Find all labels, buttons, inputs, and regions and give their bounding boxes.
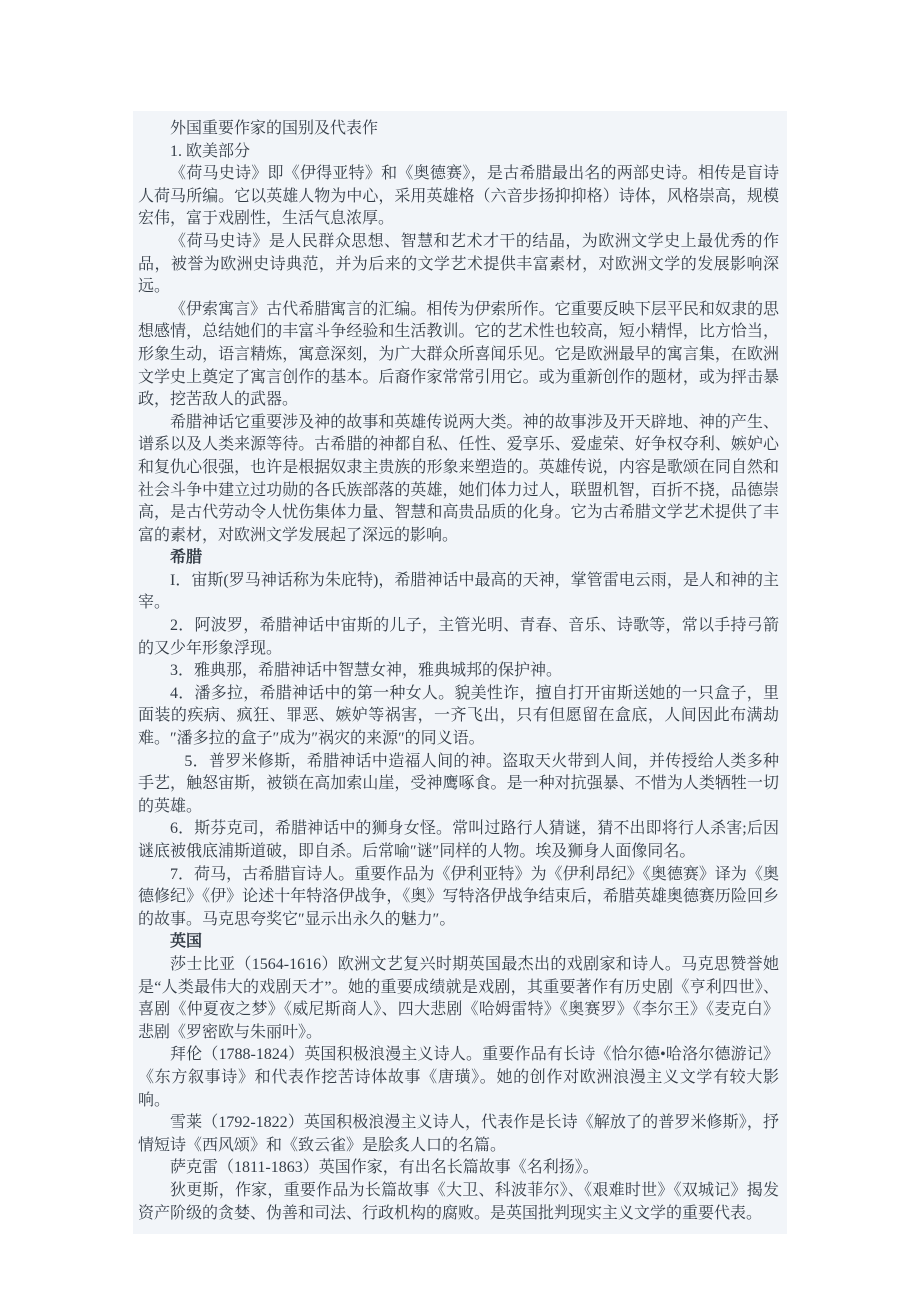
paragraph: 雪莱（1792-1822）英国积极浪漫主义诗人，代表作是长诗《解放了的普罗米修斯…	[138, 1112, 779, 1157]
paragraph: 莎士比亚（1564-1616）欧洲文艺复兴时期英国最杰出的戏剧家和诗人。马克思赞…	[138, 954, 779, 1044]
paragraph: 希腊神话它重要涉及神的故事和英雄传说两大类。神的故事涉及开天辟地、神的产生、谱系…	[138, 412, 779, 548]
document-title: 外国重要作家的国别及代表作	[138, 118, 779, 141]
section-heading-england: 英国	[138, 931, 779, 954]
document-viewport: { "page": { "background_color": "#ffffff…	[0, 0, 920, 1302]
list-item: 2．阿波罗，希腊神话中宙斯的儿子，主管光明、青春、音乐、诗歌等，常以手持弓箭的又…	[138, 615, 779, 660]
paragraph: 《荷马史诗》即《伊得亚特》和《奥德赛》，是古希腊最出名的两部史诗。相传是盲诗人荷…	[138, 163, 779, 231]
list-item: 5．普罗米修斯，希腊神话中造福人间的神。盗取天火带到人间，并传授给人类多种手艺，…	[138, 751, 779, 819]
list-item: 6．斯芬克司，希腊神话中的狮身女怪。常叫过路行人猜谜，猜不出即将行人杀害;后因谜…	[138, 818, 779, 863]
list-item: I．宙斯(罗马神话称为朱庇特)，希腊神话中最高的天神，掌管雷电云雨，是人和神的主…	[138, 570, 779, 615]
section-label: 1. 欧美部分	[138, 141, 779, 164]
section-heading-greece: 希腊	[138, 547, 779, 570]
paragraph: 《荷马史诗》是人民群众思想、智慧和艺术才干的结晶，为欧洲文学史上最优秀的作品，被…	[138, 231, 779, 299]
paragraph: 萨克雷（1811-1863）英国作家，有出名长篇故事《名利扬》。	[138, 1157, 779, 1180]
list-item: 4．潘多拉，希腊神话中的第一种女人。貌美性诈，擅自打开宙斯送她的一只盒子，里面装…	[138, 683, 779, 751]
list-item: 7．荷马，古希腊盲诗人。重要作品为《伊利亚特》为《伊利昂纪》《奥德赛》译为《奥德…	[138, 864, 779, 932]
paragraph: 拜伦（1788-1824）英国积极浪漫主义诗人。重要作品有长诗《恰尔德•哈洛尔德…	[138, 1044, 779, 1112]
paragraph: 《伊索寓言》古代希腊寓言的汇编。相传为伊索所作。它重要反映下层平民和奴隶的思想感…	[138, 299, 779, 412]
document-page: 外国重要作家的国别及代表作 1. 欧美部分 《荷马史诗》即《伊得亚特》和《奥德赛…	[133, 111, 787, 1234]
list-item: 3．雅典那，希腊神话中智慧女神，雅典城邦的保护神。	[138, 660, 779, 683]
paragraph: 狄更斯，作家，重要作品为长篇故事《大卫、科波菲尔》、《艰难时世》《双城记》揭发资…	[138, 1180, 779, 1225]
